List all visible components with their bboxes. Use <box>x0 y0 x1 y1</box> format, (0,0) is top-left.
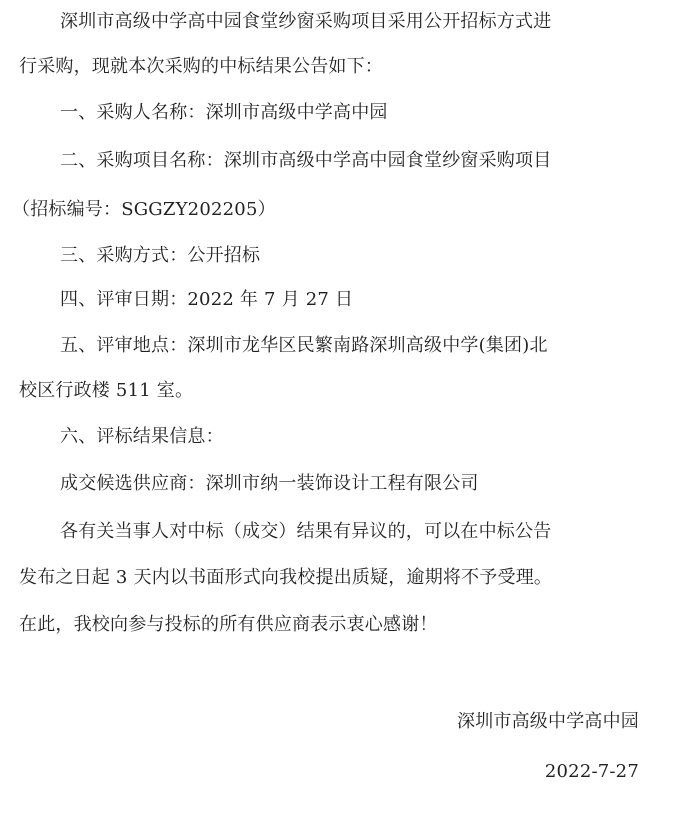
winning-supplier: 成交候选供应商：深圳市纳一装饰设计工程有限公司 <box>60 472 479 496</box>
project-name-line-2: （招标编号：SGGZY202205） <box>12 198 276 222</box>
objection-line-1: 各有关当事人对中标（成交）结果有异议的，可以在中标公告 <box>60 520 551 544</box>
signature-organization: 深圳市高级中学高中园 <box>457 710 639 734</box>
intro-line-2: 行采购，现就本次采购的中标结果公告如下： <box>19 55 383 79</box>
intro-line-1: 深圳市高级中学高中园食堂纱窗采购项目采用公开招标方式进 <box>60 10 551 34</box>
procurement-method: 三、采购方式：公开招标 <box>60 244 260 268</box>
thanks-line: 在此，我校向参与投标的所有供应商表示衷心感谢！ <box>19 613 438 637</box>
purchaser-name: 一、采购人名称：深圳市高级中学高中园 <box>60 101 388 125</box>
project-name-line-1: 二、采购项目名称：深圳市高级中学高中园食堂纱窗采购项目 <box>60 149 551 173</box>
objection-line-2: 发布之日起 3 天内以书面形式向我校提出质疑，逾期将不予受理。 <box>19 566 552 590</box>
signature-date: 2022-7-27 <box>545 760 639 784</box>
review-location-line-1: 五、评审地点：深圳市龙华区民繁南路深圳高级中学(集团)北 <box>60 334 548 358</box>
review-location-line-2: 校区行政楼 511 室。 <box>19 379 193 403</box>
result-info-heading: 六、评标结果信息： <box>60 425 224 449</box>
review-date: 四、评审日期：2022 年 7 月 27 日 <box>60 288 353 312</box>
